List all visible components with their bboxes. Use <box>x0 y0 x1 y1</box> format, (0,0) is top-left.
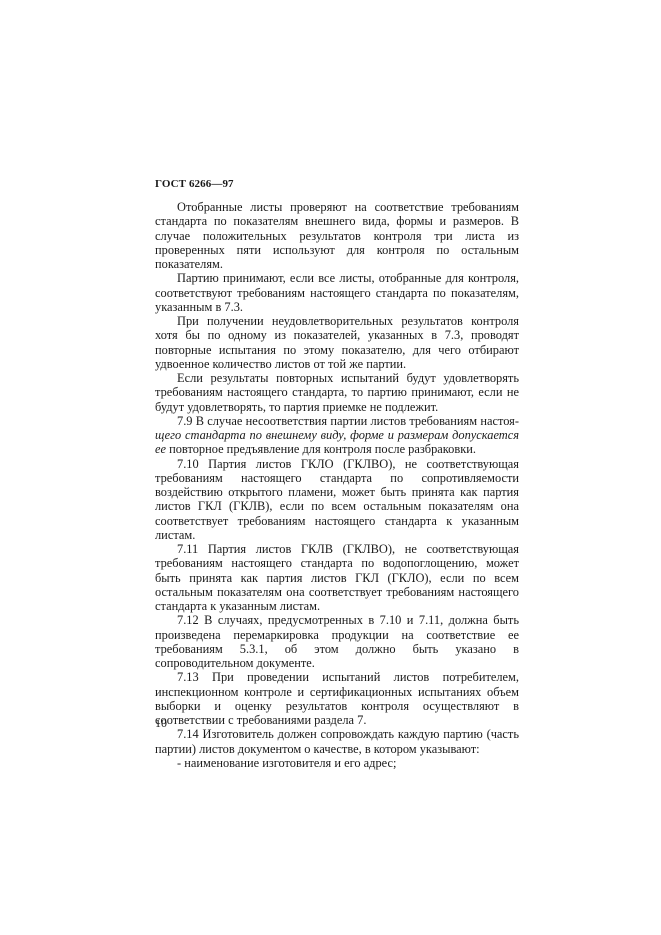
paragraph-7-14: 7.14 Изготовитель должен сопровождать ка… <box>155 727 519 756</box>
paragraph-7-9: 7.9 В случае несоответствия партии листо… <box>155 414 519 457</box>
document-header: ГОСТ 6266—97 <box>155 178 234 190</box>
paragraph-7-11: 7.11 Партия листов ГКЛВ (ГКЛВО), не соот… <box>155 542 519 613</box>
paragraph-7-9-end: повторное предъявление для контроля посл… <box>166 442 476 456</box>
paragraph-retest-results: Если результаты повторных испытаний буду… <box>155 371 519 414</box>
paragraph-7-13: 7.13 При проведении испытаний листов пот… <box>155 670 519 727</box>
list-item-manufacturer: - наименование изготовителя и его адрес; <box>155 756 519 770</box>
paragraph-sample-inspection: Отобранные листы проверяют на соответств… <box>155 200 519 271</box>
document-body: Отобранные листы проверяют на соответств… <box>155 200 519 770</box>
paragraph-7-12: 7.12 В случаях, предусмотренных в 7.10 и… <box>155 613 519 670</box>
paragraph-retest: При получении неудовлетворительных резул… <box>155 314 519 371</box>
paragraph-7-9-start: 7.9 В случае несоответствия партии листо… <box>177 414 519 428</box>
paragraph-batch-acceptance: Партию принимают, если все листы, отобра… <box>155 271 519 314</box>
paragraph-7-10: 7.10 Партия листов ГКЛО (ГКЛВО), не соот… <box>155 457 519 543</box>
page-number: 10 <box>155 716 167 731</box>
